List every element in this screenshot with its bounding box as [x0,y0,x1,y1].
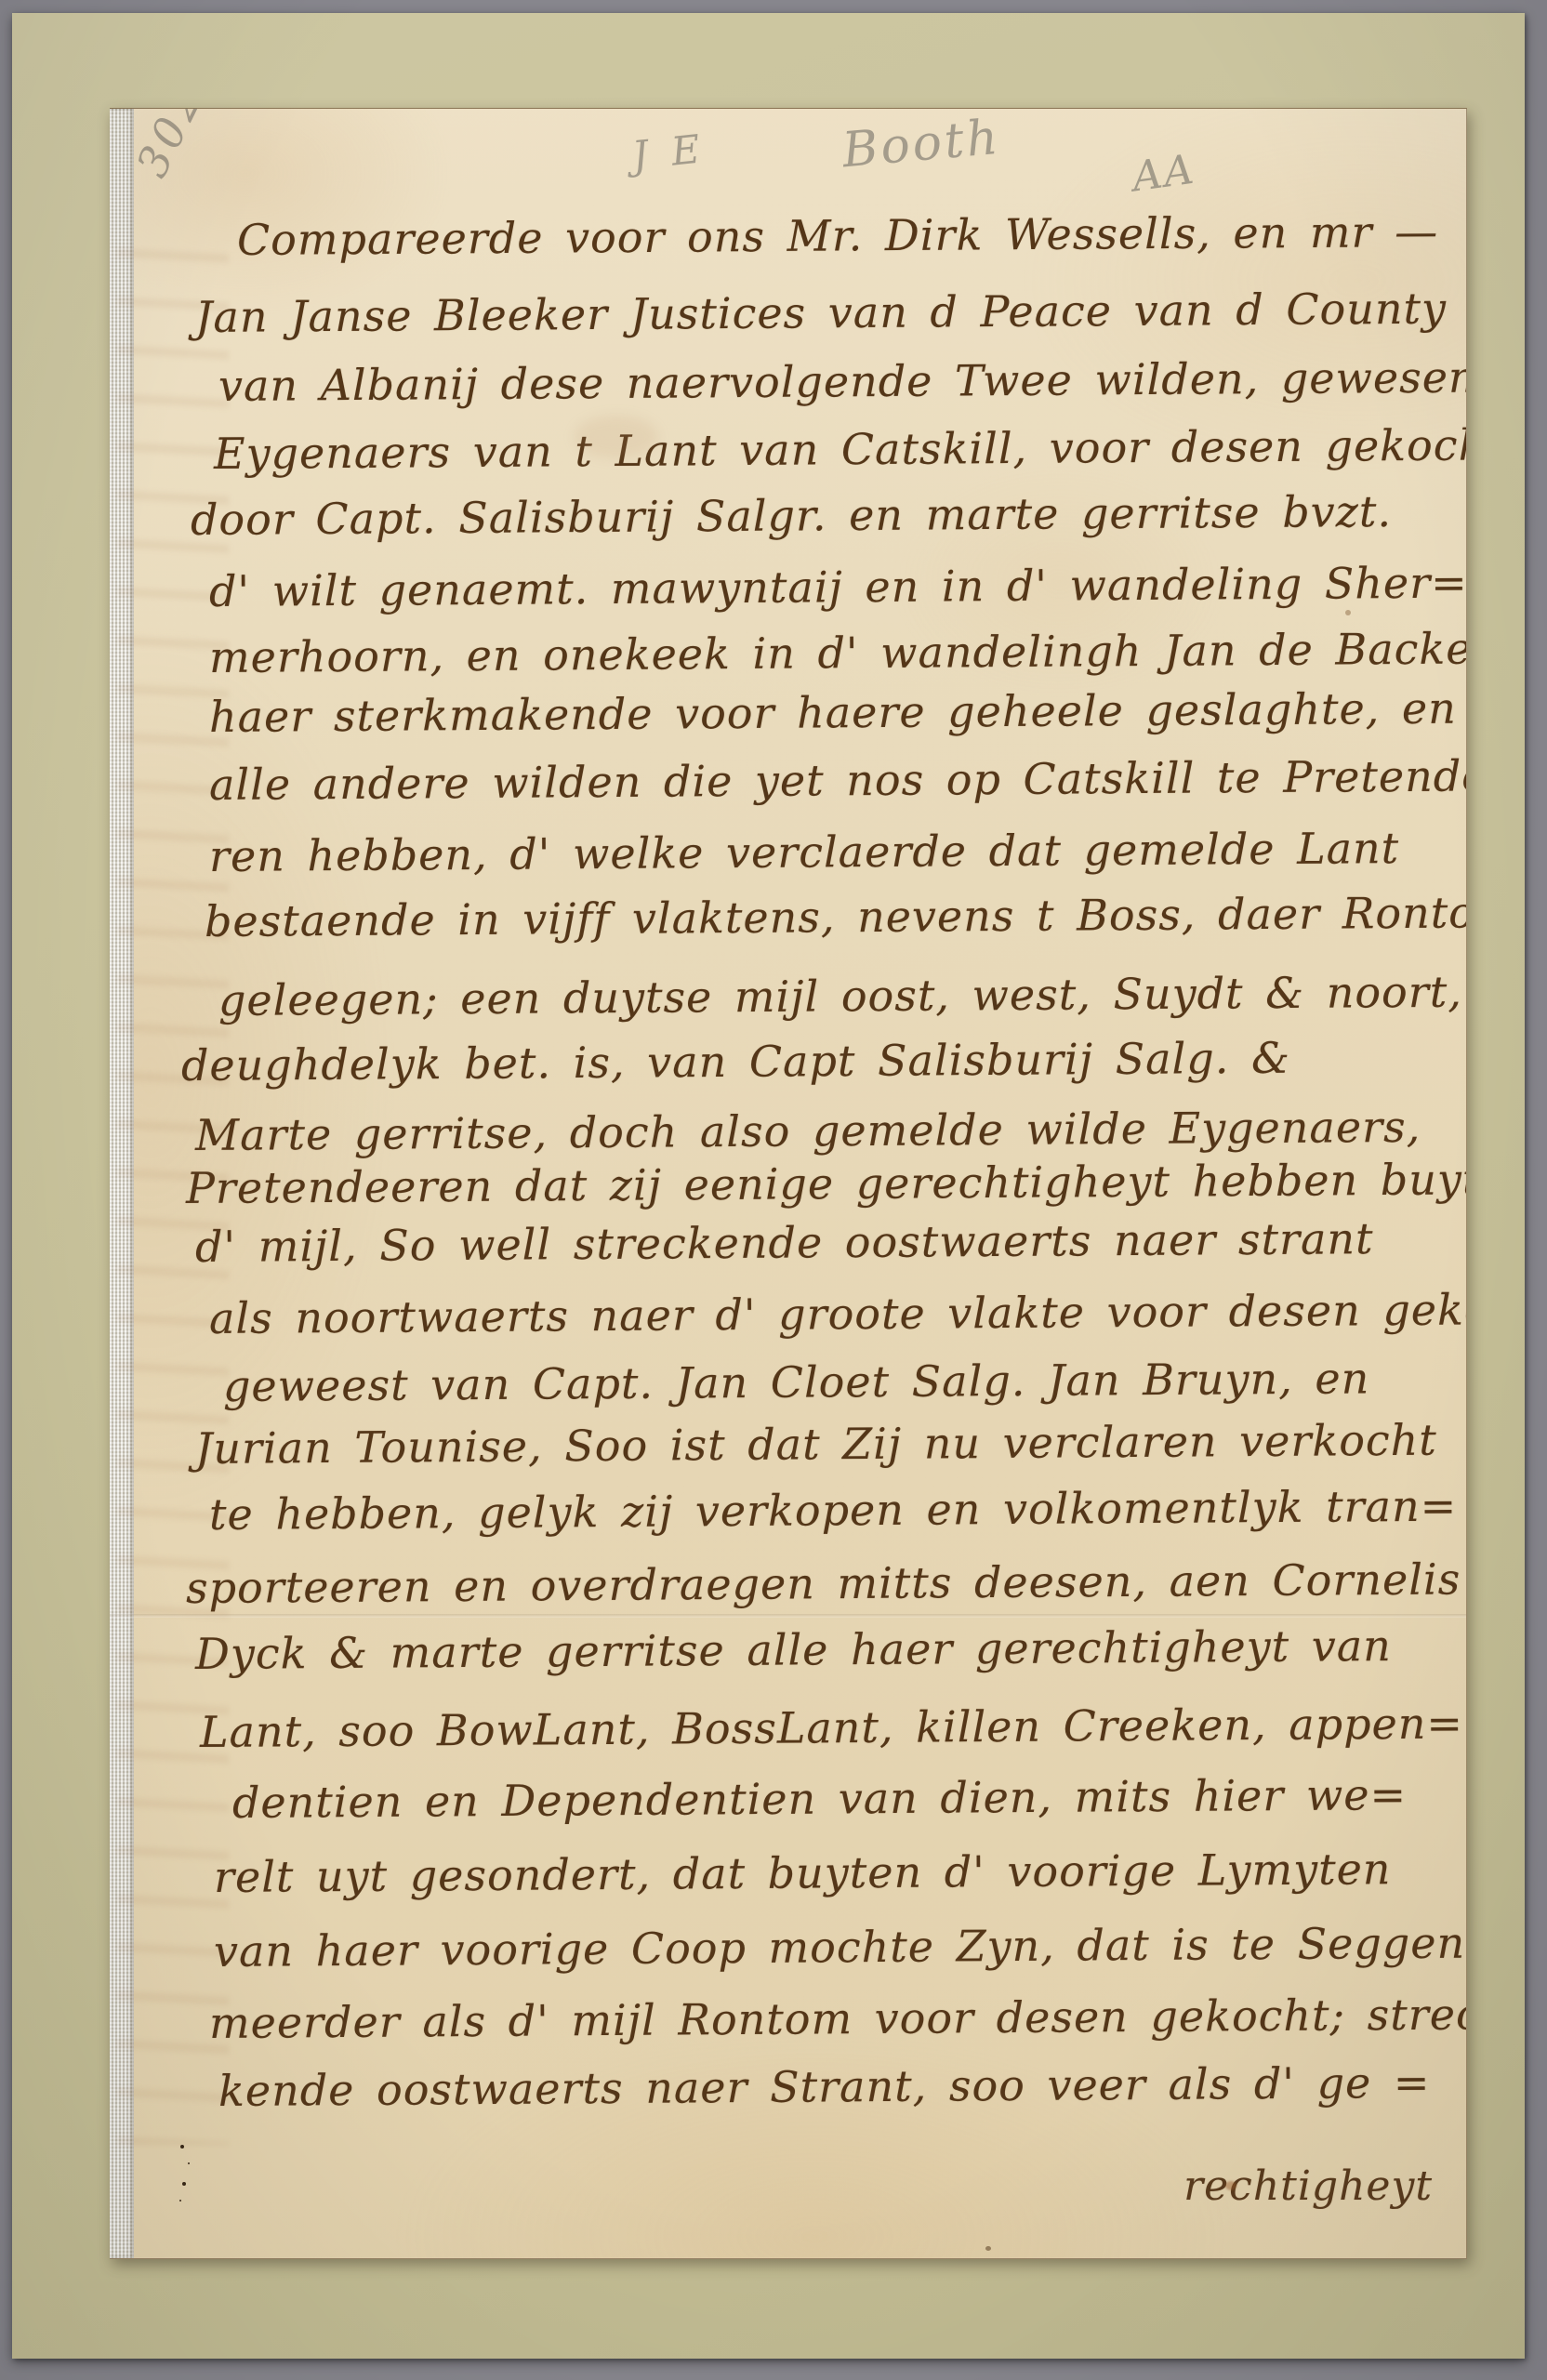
manuscript-line: als noortwaerts naer d' groote vlakte vo… [209,1281,1467,1346]
ink-specks [180,2145,184,2149]
manuscript-line: meerder als d' mijl Rontom voor desen ge… [209,1986,1467,2051]
manuscript-line: Eygenaers van t Lant van Catskill, voor … [214,416,1467,482]
stain [1345,610,1351,615]
manuscript-line: van haer voorige Coop mochte Zyn, dat is… [214,1915,1466,1979]
manuscript-line: deughdelyk bet. is, van Capt Salisburij … [181,1030,1290,1093]
manuscript-line: bestaende in vijff vlaktens, nevens t Bo… [205,884,1467,949]
manuscript-line: relt uyt gesondert, dat buyten d' voorig… [214,1841,1392,1905]
stain [575,416,658,458]
manuscript-line: geleegen; een duytse mijl oost, west, Su… [218,964,1462,1028]
manuscript-line: Dyck & marte gerritse alle haer gerechti… [195,1618,1392,1682]
manuscript-line: Compareerde voor ons Mr. Dirk Wessells, … [237,204,1439,268]
manuscript-line: Jurian Tounise, Soo ist dat Zij nu vercl… [195,1412,1437,1476]
manuscript-line: d' wilt genaemt. mawyntaij en in d' wand… [209,555,1467,619]
manuscript-line: van Albanij dese naervolgende Twee wilde… [218,349,1467,414]
pencil-name-booth: Booth [840,110,1003,179]
manuscript-line: ren hebben, d' welke verclaerde dat geme… [209,820,1400,884]
manuscript-line: alle andere wilden die yet nos op Catski… [209,747,1467,813]
manuscript-line: sporteeren en overdraegen mitts deesen, … [186,1551,1467,1616]
photo-background: { "photo": { "background_color": "#87868… [0,0,1547,2380]
manuscript-line: kende oostwaerts naer Strant, soo veer a… [218,2055,1431,2119]
manuscript-line: Lant, soo BowLant, BossLant, killen Cree… [200,1696,1463,1760]
manuscript-line: te hebben, gelyk zij verkopen en volkome… [209,1478,1458,1542]
manuscript-line: Pretendeeren dat zij eenige gerechtighey… [186,1151,1467,1216]
manuscript-line: haer sterkmakende voor haere geheele ges… [209,681,1457,745]
manuscript-line: Jan Janse Bleeker Justices van d Peace v… [195,281,1447,345]
mat-board: 302 J E Booth AA Compareerde voor ons Mr… [12,13,1525,2359]
manuscript-line: door Capt. Salisburij Salgr. en marte ge… [191,483,1392,548]
pencil-letters-aa: AA [1130,146,1198,202]
manuscript-line: geweest van Capt. Jan Cloet Salg. Jan Br… [223,1350,1370,1414]
manuscript-page: 302 J E Booth AA Compareerde voor ons Mr… [110,108,1467,2259]
pencil-folio-number: 302 [126,108,214,185]
manuscript-line: merhoorn, en onekeek in d' wandelingh Ja… [209,620,1467,685]
manuscript-line: dentien en Dependentien van dien, mits h… [232,1766,1407,1831]
stain [1225,2181,1236,2190]
stain [985,2246,991,2251]
manuscript-line: d' mijl, So well streckende oostwaerts n… [195,1210,1374,1275]
pencil-initials: J E [630,126,708,178]
catchword: rechtigheyt [1183,2162,1433,2210]
